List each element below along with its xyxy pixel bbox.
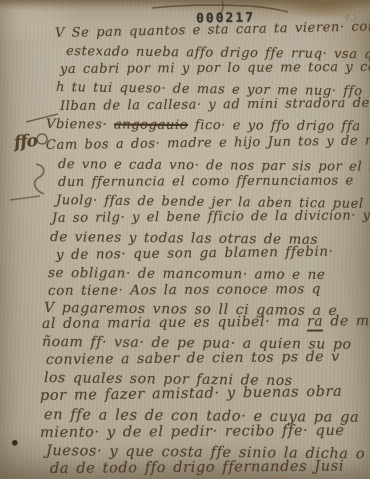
ink-blot xyxy=(12,440,18,446)
manuscript-word: ya cabri por mi y por lo que me toca y c… xyxy=(60,60,370,77)
manuscript-line: Ilban de la callesa· y ad mini stradora … xyxy=(60,96,370,114)
manuscript-word: V Se pan quantos e sta cara ta vieren· c… xyxy=(55,19,370,41)
manuscript-word: se obligan· de mancomun· amo e ne xyxy=(48,265,326,283)
manuscript-word: miento· y de el pedir· recibo ffe· que xyxy=(40,423,345,441)
manuscript-line: Ja so rilg· y el bene fficio de la divic… xyxy=(52,208,370,226)
manuscript-word: fico· e yo ffo drigo ffa xyxy=(188,118,361,134)
manuscript-line: ya cabri por mi y por lo que me toca y c… xyxy=(60,60,370,77)
manuscript-line: Vbienes· angogauio fico· e yo ffo drigo … xyxy=(46,117,361,134)
manuscript-line: conviene a saber de cien tos ps de v xyxy=(46,349,340,368)
manuscript-line: Cam bos a dos· madre e hijo Jun tos y de… xyxy=(46,133,370,153)
manuscript-page: 000217 43 ffo V Se pan quantos e sta car… xyxy=(0,0,370,479)
manuscript-line: V Se pan quantos e sta cara ta vieren· c… xyxy=(55,19,370,41)
manuscript-word: por me fazer amistad· y buenas obra xyxy=(40,384,343,404)
manuscript-line: con tiene· Aos la nos conoce mos q xyxy=(48,281,321,299)
manuscript-line: dun ffernuncia el como ffernunciamos e xyxy=(58,173,354,190)
manuscript-word: da de todo ffo drigo ffernandes Jusi xyxy=(50,458,344,477)
manuscript-line: da de todo ffo drigo ffernandes Jusi xyxy=(50,458,344,477)
manuscript-word: conviene a saber de cien tos ps de v xyxy=(46,349,340,368)
manuscript-word: de m xyxy=(323,313,370,329)
manuscript-line: de vno e cada vno· de nos par sis por el… xyxy=(58,157,370,175)
manuscript-word: Cam bos a dos· madre e hijo Jun tos y de… xyxy=(46,133,370,153)
manuscript-line: por me fazer amistad· y buenas obra xyxy=(40,384,343,404)
manuscript-line: se obligan· de mancomun· amo e ne xyxy=(48,265,326,283)
manuscript-word: Ja so rilg· y el bene fficio de la divic… xyxy=(52,208,370,226)
manuscript-line: al dona maria que es quibel· ma ra de m xyxy=(42,313,370,332)
margin-annotation: ffo xyxy=(13,131,38,153)
manuscript-word-underline: ra xyxy=(307,314,323,332)
manuscript-word: con tiene· Aos la nos conoce mos q xyxy=(48,281,321,299)
manuscript-word: al dona maria que es quibel· ma xyxy=(42,314,307,332)
manuscript-word: de vno e cada vno· de nos par sis por el… xyxy=(58,157,370,175)
manuscript-word: dun ffernuncia el como ffernunciamos e xyxy=(58,173,354,190)
manuscript-word-strike: angogauio xyxy=(114,117,188,133)
manuscript-word: y de nos· que son ga blamen ffebin· xyxy=(56,244,334,263)
manuscript-line: miento· y de el pedir· recibo ffe· que xyxy=(40,423,345,441)
manuscript-line: y de nos· que son ga blamen ffebin· xyxy=(56,244,334,263)
manuscript-word: Ilban de la callesa· y ad mini stradora … xyxy=(60,96,370,114)
manuscript-word: Vbienes· xyxy=(46,117,114,132)
